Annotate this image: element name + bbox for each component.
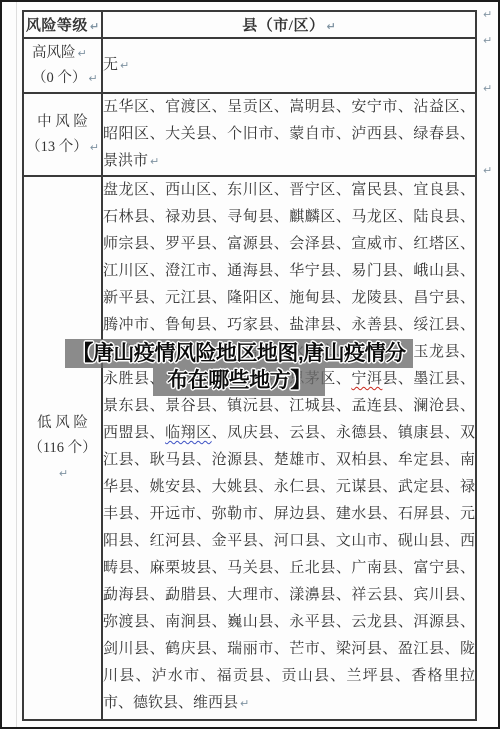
pilcrow-icon: ↵: [326, 20, 335, 33]
pilcrow-icon: ↵: [120, 59, 129, 72]
table-row-mid-risk: 中 风 险（13 个）↵ 五华区、官渡区、呈贡区、嵩明县、安宁市、沾益区、昭阳区…: [23, 93, 476, 176]
pilcrow-icon: ↵: [240, 697, 249, 710]
county-list-segment: 、凤庆县、云县、永德县、镇康县、双江县、耿马县、沧源县、楚雄市、双柏县、牟定县、…: [103, 425, 475, 711]
document-page: 风险等级↵ 县（市/区）↵ 高风险↵（0 个）↵ 无↵ 中 风 险（13 个）↵…: [0, 0, 500, 729]
table-row-low-risk: 低 风 险（116 个）↵ 盘龙区、西山区、东川区、晋宁区、富民县、宜良县、石林…: [23, 176, 476, 720]
header-risk-level-label: 风险等级: [26, 18, 88, 34]
mid-risk-level-cell: 中 风 险（13 个）↵: [23, 93, 102, 176]
risk-level-line: （116 个）↵: [24, 436, 101, 486]
high-risk-level-cell: 高风险↵（0 个）↵: [23, 38, 102, 93]
risk-level-line: 低 风 险: [24, 411, 101, 436]
pilcrow-icon: ↵: [483, 8, 492, 21]
pilcrow-icon: ↵: [483, 164, 492, 177]
pilcrow-icon: ↵: [90, 141, 99, 154]
page-edge-line: [16, 2, 17, 727]
table-header-row: 风险等级↵ 县（市/区）↵: [23, 11, 476, 38]
headline-line-1: 【唐山疫情风险地区地图,唐山疫情分: [65, 339, 413, 368]
header-county: 县（市/区）↵: [102, 11, 476, 38]
table-row-high-risk: 高风险↵（0 个）↵ 无↵: [23, 38, 476, 93]
headline-line-2: 布在哪些地方】: [153, 368, 325, 396]
pilcrow-icon: ↵: [90, 20, 99, 33]
risk-level-line: 中 风 险: [24, 110, 101, 135]
high-risk-counties-cell: 无↵: [102, 38, 476, 93]
low-risk-level-cell: 低 风 险（116 个）↵: [23, 176, 102, 720]
risk-level-line: （0 个）↵: [32, 66, 101, 91]
risk-level-line: （13 个）↵: [24, 135, 101, 160]
pilcrow-icon: ↵: [483, 34, 492, 47]
county-list-segment: 无: [103, 57, 118, 73]
risk-level-line: 高风险↵: [32, 41, 101, 66]
pilcrow-icon: ↵: [150, 155, 159, 168]
low-risk-counties-cell: 盘龙区、西山区、东川区、晋宁区、富民县、宜良县、石林县、禄劝县、寻甸县、麒麟区、…: [102, 176, 476, 720]
header-risk-level: 风险等级↵: [23, 11, 102, 38]
pilcrow-icon: ↵: [59, 467, 68, 480]
pilcrow-icon: ↵: [78, 47, 87, 60]
headline-overlay: 【唐山疫情风险地区地图,唐山疫情分 布在哪些地方】: [65, 339, 413, 396]
county-list-segment: 临翔区: [165, 425, 212, 441]
mid-risk-counties-cell: 五华区、官渡区、呈贡区、嵩明县、安宁市、沾益区、昭阳区、大关县、个旧市、蒙自市、…: [102, 93, 476, 176]
pilcrow-icon: ↵: [483, 82, 492, 95]
header-county-label: 县（市/区）: [242, 18, 324, 34]
pilcrow-icon: ↵: [88, 72, 97, 85]
